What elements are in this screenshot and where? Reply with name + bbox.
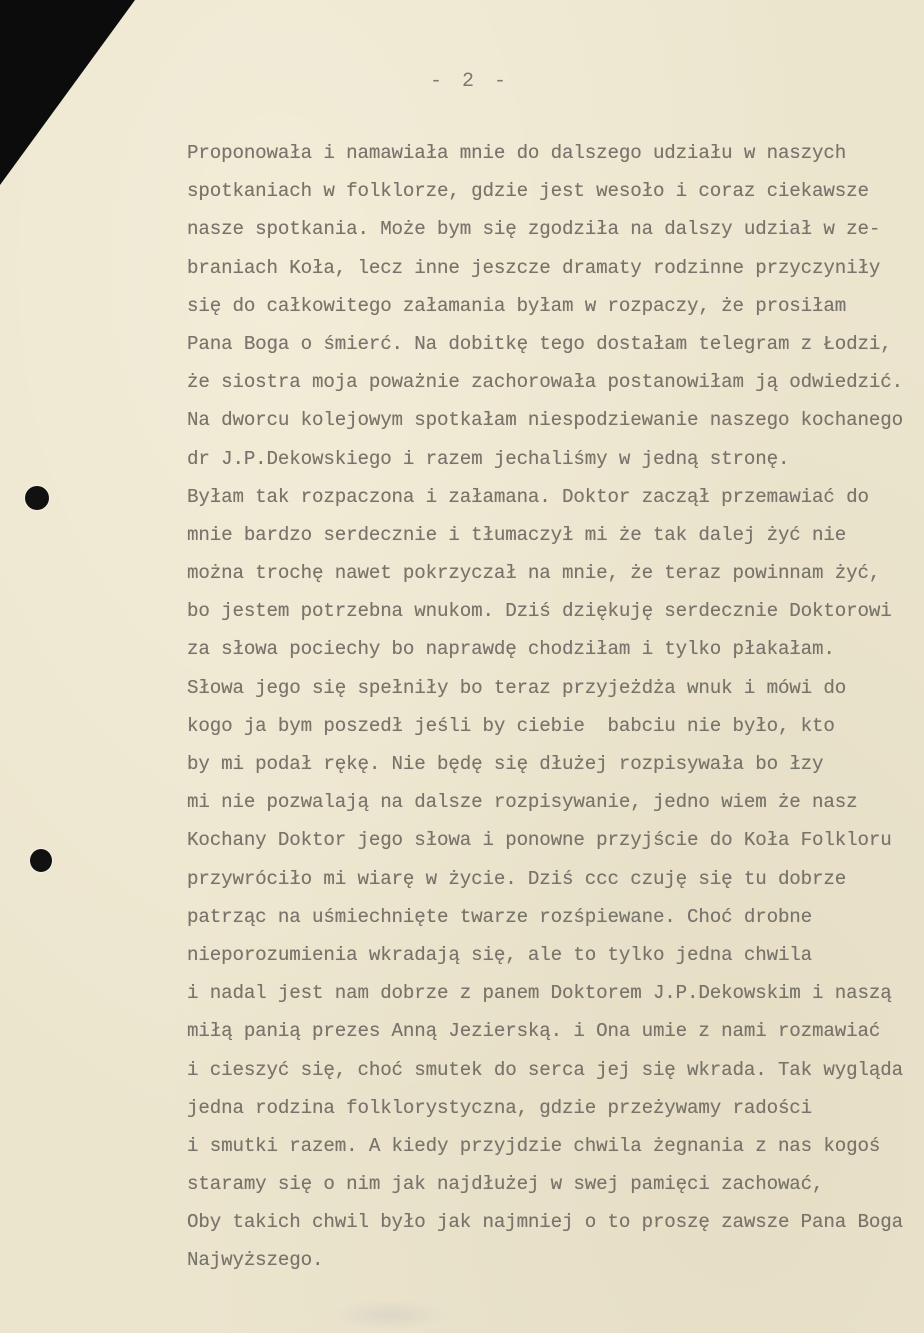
punch-hole-bottom <box>30 849 52 872</box>
text-line: kogo ja bym poszedł jeśli by ciebie babc… <box>187 707 924 745</box>
text-line: i smutki razem. A kiedy przyjdzie chwila… <box>187 1127 924 1165</box>
text-line: by mi podał rękę. Nie będę się dłużej ro… <box>187 745 924 783</box>
text-line: mnie bardzo serdecznie i tłumaczył mi że… <box>187 516 924 554</box>
text-line: bo jestem potrzebna wnukom. Dziś dziękuj… <box>187 592 924 630</box>
punch-hole-top <box>25 486 49 510</box>
paper-smudge <box>330 1300 450 1330</box>
text-line: Pana Boga o śmierć. Na dobitkę tego dost… <box>187 325 924 363</box>
page-number: - 2 - <box>0 70 924 93</box>
text-line: jedna rodzina folklorystyczna, gdzie prz… <box>187 1089 924 1127</box>
text-line: za słowa pociechy bo naprawdę chodziłam … <box>187 630 924 668</box>
scanner-black-corner <box>0 0 140 190</box>
text-line: spotkaniach w folklorze, gdzie jest weso… <box>187 172 924 210</box>
text-line: miłą panią prezes Anną Jezierską. i Ona … <box>187 1012 924 1050</box>
text-line: mi nie pozwalają na dalsze rozpisywanie,… <box>187 783 924 821</box>
text-line: Proponowała i namawiała mnie do dalszego… <box>187 134 924 172</box>
text-line: Kochany Doktor jego słowa i ponowne przy… <box>187 821 924 859</box>
text-line: braniach Koła, lecz inne jeszcze dramaty… <box>187 249 924 287</box>
text-line: Byłam tak rozpaczona i załamana. Doktor … <box>187 478 924 516</box>
text-line: Oby takich chwil było jak najmniej o to … <box>187 1203 924 1241</box>
text-line: Najwyższego. <box>187 1241 924 1279</box>
text-line: dr J.P.Dekowskiego i razem jechaliśmy w … <box>187 440 924 478</box>
text-line: i cieszyć się, choć smutek do serca jej … <box>187 1051 924 1089</box>
letter-body: Proponowała i namawiała mnie do dalszego… <box>187 134 924 1280</box>
text-line: Słowa jego się spełniły bo teraz przyjeż… <box>187 669 924 707</box>
text-line: i nadal jest nam dobrze z panem Doktorem… <box>187 974 924 1012</box>
text-line: patrząc na uśmiechnięte twarze rozśpiewa… <box>187 898 924 936</box>
text-line: się do całkowitego załamania byłam w roz… <box>187 287 924 325</box>
text-line: że siostra moja poważnie zachorowała pos… <box>187 363 924 401</box>
text-line: można trochę nawet pokrzyczał na mnie, ż… <box>187 554 924 592</box>
text-line: przywróciło mi wiarę w życie. Dziś ccc c… <box>187 860 924 898</box>
text-line: Na dworcu kolejowym spotkałam niespodzie… <box>187 401 924 439</box>
typewritten-page: - 2 - Proponowała i namawiała mnie do da… <box>0 0 924 1333</box>
text-line: nasze spotkania. Może bym się zgodziła n… <box>187 210 924 248</box>
text-line: nieporozumienia wkradają się, ale to tyl… <box>187 936 924 974</box>
text-line: staramy się o nim jak najdłużej w swej p… <box>187 1165 924 1203</box>
